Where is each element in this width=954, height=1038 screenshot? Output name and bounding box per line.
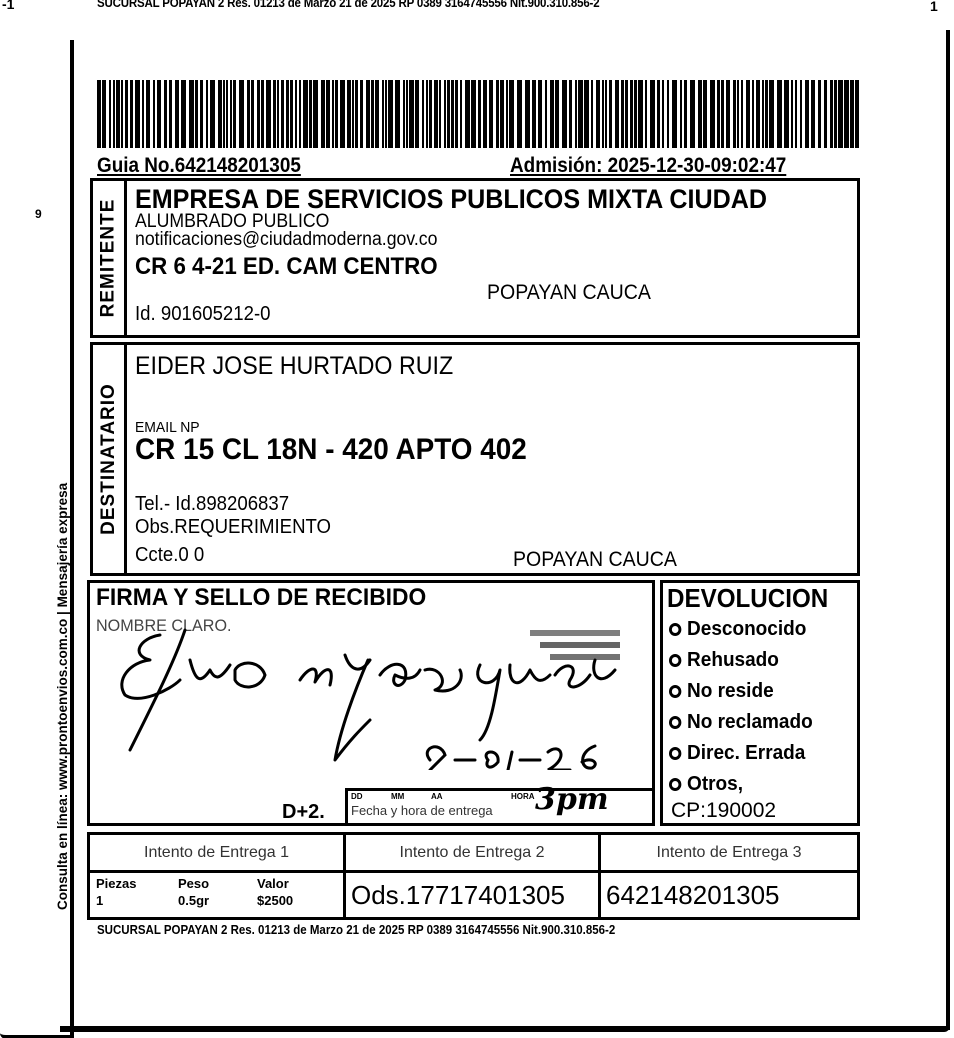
date-field-aa: AA — [431, 792, 443, 801]
handwritten-signature — [100, 620, 620, 770]
return-option-desconocido[interactable]: Desconocido — [669, 614, 813, 645]
pieces-value: 1 — [96, 893, 103, 908]
sender-label: REMITENTE — [93, 181, 127, 335]
date-field-hora: HORA — [511, 792, 535, 801]
branch-header-top: SUCURSAL POPAYAN 2 Res. 01213 de Marzo 2… — [97, 0, 599, 10]
recipient-obs: Obs.REQUERIMIENTO — [135, 516, 331, 539]
delivery-term: D+2. — [282, 801, 325, 824]
shipment-details: Piezas 1 Peso 0.5gr Valor $2500 — [90, 873, 346, 917]
weight-label: Peso — [178, 876, 209, 891]
page-edge-bottom — [60, 1026, 950, 1032]
return-box: DEVOLUCION Desconocido Rehusado No resid… — [660, 580, 860, 826]
date-field-mm: MM — [391, 792, 404, 801]
corner-mark-right: 1 — [930, 0, 938, 14]
attempt-1-header: Intento de Entrega 1 — [90, 835, 346, 873]
sender-email: notificaciones@ciudadmoderna.gov.co — [135, 229, 437, 251]
margin-note: 9 — [35, 207, 42, 221]
guia-number: Guia No.642148201305 — [97, 154, 301, 178]
date-caption: Fecha y hora de entrega — [351, 803, 493, 818]
return-option-no-reside[interactable]: No reside — [669, 676, 813, 707]
admission-timestamp: Admisión: 2025-12-30-09:02:47 — [510, 154, 786, 178]
return-option-rehusado[interactable]: Rehusado — [669, 645, 813, 676]
recipient-name: EIDER JOSE HURTADO RUIZ — [135, 352, 453, 381]
postal-code: CP:190002 — [671, 799, 776, 823]
recipient-city: POPAYAN CAUCA — [513, 548, 677, 572]
weight-value: 0.5gr — [178, 893, 209, 908]
recipient-address: CR 15 CL 18N - 420 APTO 402 — [135, 433, 527, 467]
guia-number-repeat: 642148201305 — [601, 873, 857, 917]
recipient-box: DESTINATARIO EIDER JOSE HURTADO RUIZ EMA… — [90, 342, 860, 576]
pieces-label: Piezas — [96, 876, 136, 891]
return-option-direc-errada[interactable]: Direc. Errada — [669, 738, 813, 769]
radio-icon[interactable] — [669, 716, 681, 729]
return-option-otros[interactable]: Otros, — [669, 769, 813, 800]
radio-icon[interactable] — [669, 747, 681, 760]
side-url-text: Consulta en línea: www.prontoenvios.com.… — [55, 483, 70, 910]
radio-icon[interactable] — [669, 778, 681, 791]
recipient-tel: Tel.- Id.898206837 — [135, 493, 289, 516]
attempt-3-header: Intento de Entrega 3 — [601, 835, 857, 873]
delivery-attempts-table: Intento de Entrega 1 Intento de Entrega … — [87, 832, 860, 920]
date-field-dd: DD — [351, 792, 363, 801]
branch-header-bottom: SUCURSAL POPAYAN 2 Res. 01213 de Marzo 2… — [97, 923, 615, 937]
radio-icon[interactable] — [669, 685, 681, 698]
attempt-2-header: Intento de Entrega 2 — [346, 835, 601, 873]
ods-number: Ods.17717401305 — [346, 873, 601, 917]
sender-address: CR 6 4-21 ED. CAM CENTRO — [135, 253, 438, 281]
signature-title: FIRMA Y SELLO DE RECIBIDO — [96, 584, 426, 612]
sender-box: REMITENTE EMPRESA DE SERVICIOS PUBLICOS … — [90, 178, 860, 338]
barcode — [97, 80, 862, 148]
value-label: Valor — [257, 876, 289, 891]
recipient-ccte: Ccte.0 0 — [135, 544, 204, 567]
recipient-label: DESTINATARIO — [93, 345, 127, 573]
radio-icon[interactable] — [669, 654, 681, 667]
return-title: DEVOLUCION — [667, 583, 828, 614]
sender-city: POPAYAN CAUCA — [487, 281, 651, 305]
value-value: $2500 — [257, 893, 293, 908]
return-option-no-reclamado[interactable]: No reclamado — [669, 707, 813, 738]
radio-icon[interactable] — [669, 623, 681, 636]
handwritten-time: 3pm — [535, 782, 609, 817]
page-edge-right — [946, 30, 950, 1030]
sender-id: Id. 901605212-0 — [135, 303, 270, 326]
